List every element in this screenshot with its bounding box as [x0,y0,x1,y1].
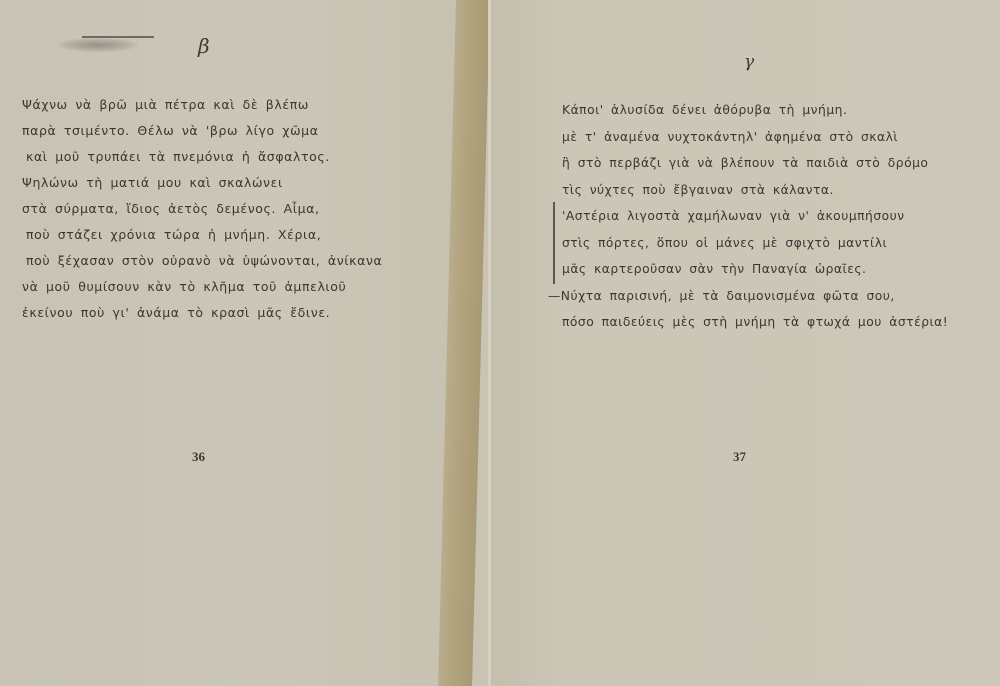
poem-line: στὶς πόρτες, ὅπου οἱ μάνες μὲ σφιχτὸ μαν… [562,230,948,257]
poem-right: Κάποι' ἁλυσίδα δένει ἀθόρυβα τὴ μνήμη. μ… [562,97,948,336]
poem-line: 'Αστέρια λιγοστὰ χαμήλωναν γιὰ ν' ἀκουμπ… [562,203,948,230]
page-edge [488,0,491,686]
page-number-left: 36 [192,449,205,465]
poem-line: ἐκείνου ποὺ γι' ἀνάμα τὸ κρασὶ μᾶς ἔδινε… [22,300,382,326]
poem-line: Ψάχνω νὰ βρῶ μιὰ πέτρα καὶ δὲ βλέπω [22,92,382,118]
poem-line: μᾶς καρτεροῦσαν σὰν τὴν Παναγία ὡραῖες. [562,256,948,283]
poem-line: στὰ σύρματα, ἴδιος ἀετὸς δεμένος. Αἷμα, [22,196,382,222]
poem-line: Κάποι' ἁλυσίδα δένει ἀθόρυβα τὴ μνήμη. [562,97,948,124]
poem-line: μὲ τ' ἀναμένα νυχτοκάντηλ' ἀφημένα στὸ σ… [562,124,948,151]
poem-line: —Νύχτα παρισινή, μὲ τὰ δαιμονισμένα φῶτα… [548,283,948,310]
poem-line: ποὺ στάζει χρόνια τώρα ἡ μνήμη. Χέρια, [22,222,382,248]
poem-line: ποὺ ξέχασαν στὸν οὐρανὸ νὰ ὑψώνονται, ἀν… [22,248,382,274]
poem-line: νὰ μοῦ θυμίσουν κὰν τὸ κλῆμα τοῦ ἀμπελιο… [22,274,382,300]
poem-line: ἢ στὸ περβάζι γιὰ νὰ βλέπουν τὰ παιδιὰ σ… [562,150,948,177]
poem-left: Ψάχνω νὰ βρῶ μιὰ πέτρα καὶ δὲ βλέπω παρὰ… [22,92,382,326]
poem-line: πόσο παιδεύεις μὲς στὴ μνήμη τὰ φτωχά μο… [562,309,948,336]
section-mark-right: γ [744,52,754,72]
poem-line: Ψηλώνω τὴ ματιά μου καὶ σκαλώνει [22,170,382,196]
section-mark-left: β [198,34,210,58]
pencil-smudge [58,38,138,52]
page-number-right: 37 [733,449,746,465]
poem-line: παρὰ τσιμέντο. Θέλω νὰ 'βρω λίγο χῶμα [22,118,382,144]
pencil-mark [82,36,154,38]
poem-line: καὶ μοῦ τρυπάει τὰ πνεμόνια ἡ ἄσφαλτος. [22,144,382,170]
margin-bracket [553,202,555,284]
poem-line: τὶς νύχτες ποὺ ἔβγαιναν στὰ κάλαντα. [562,177,948,204]
